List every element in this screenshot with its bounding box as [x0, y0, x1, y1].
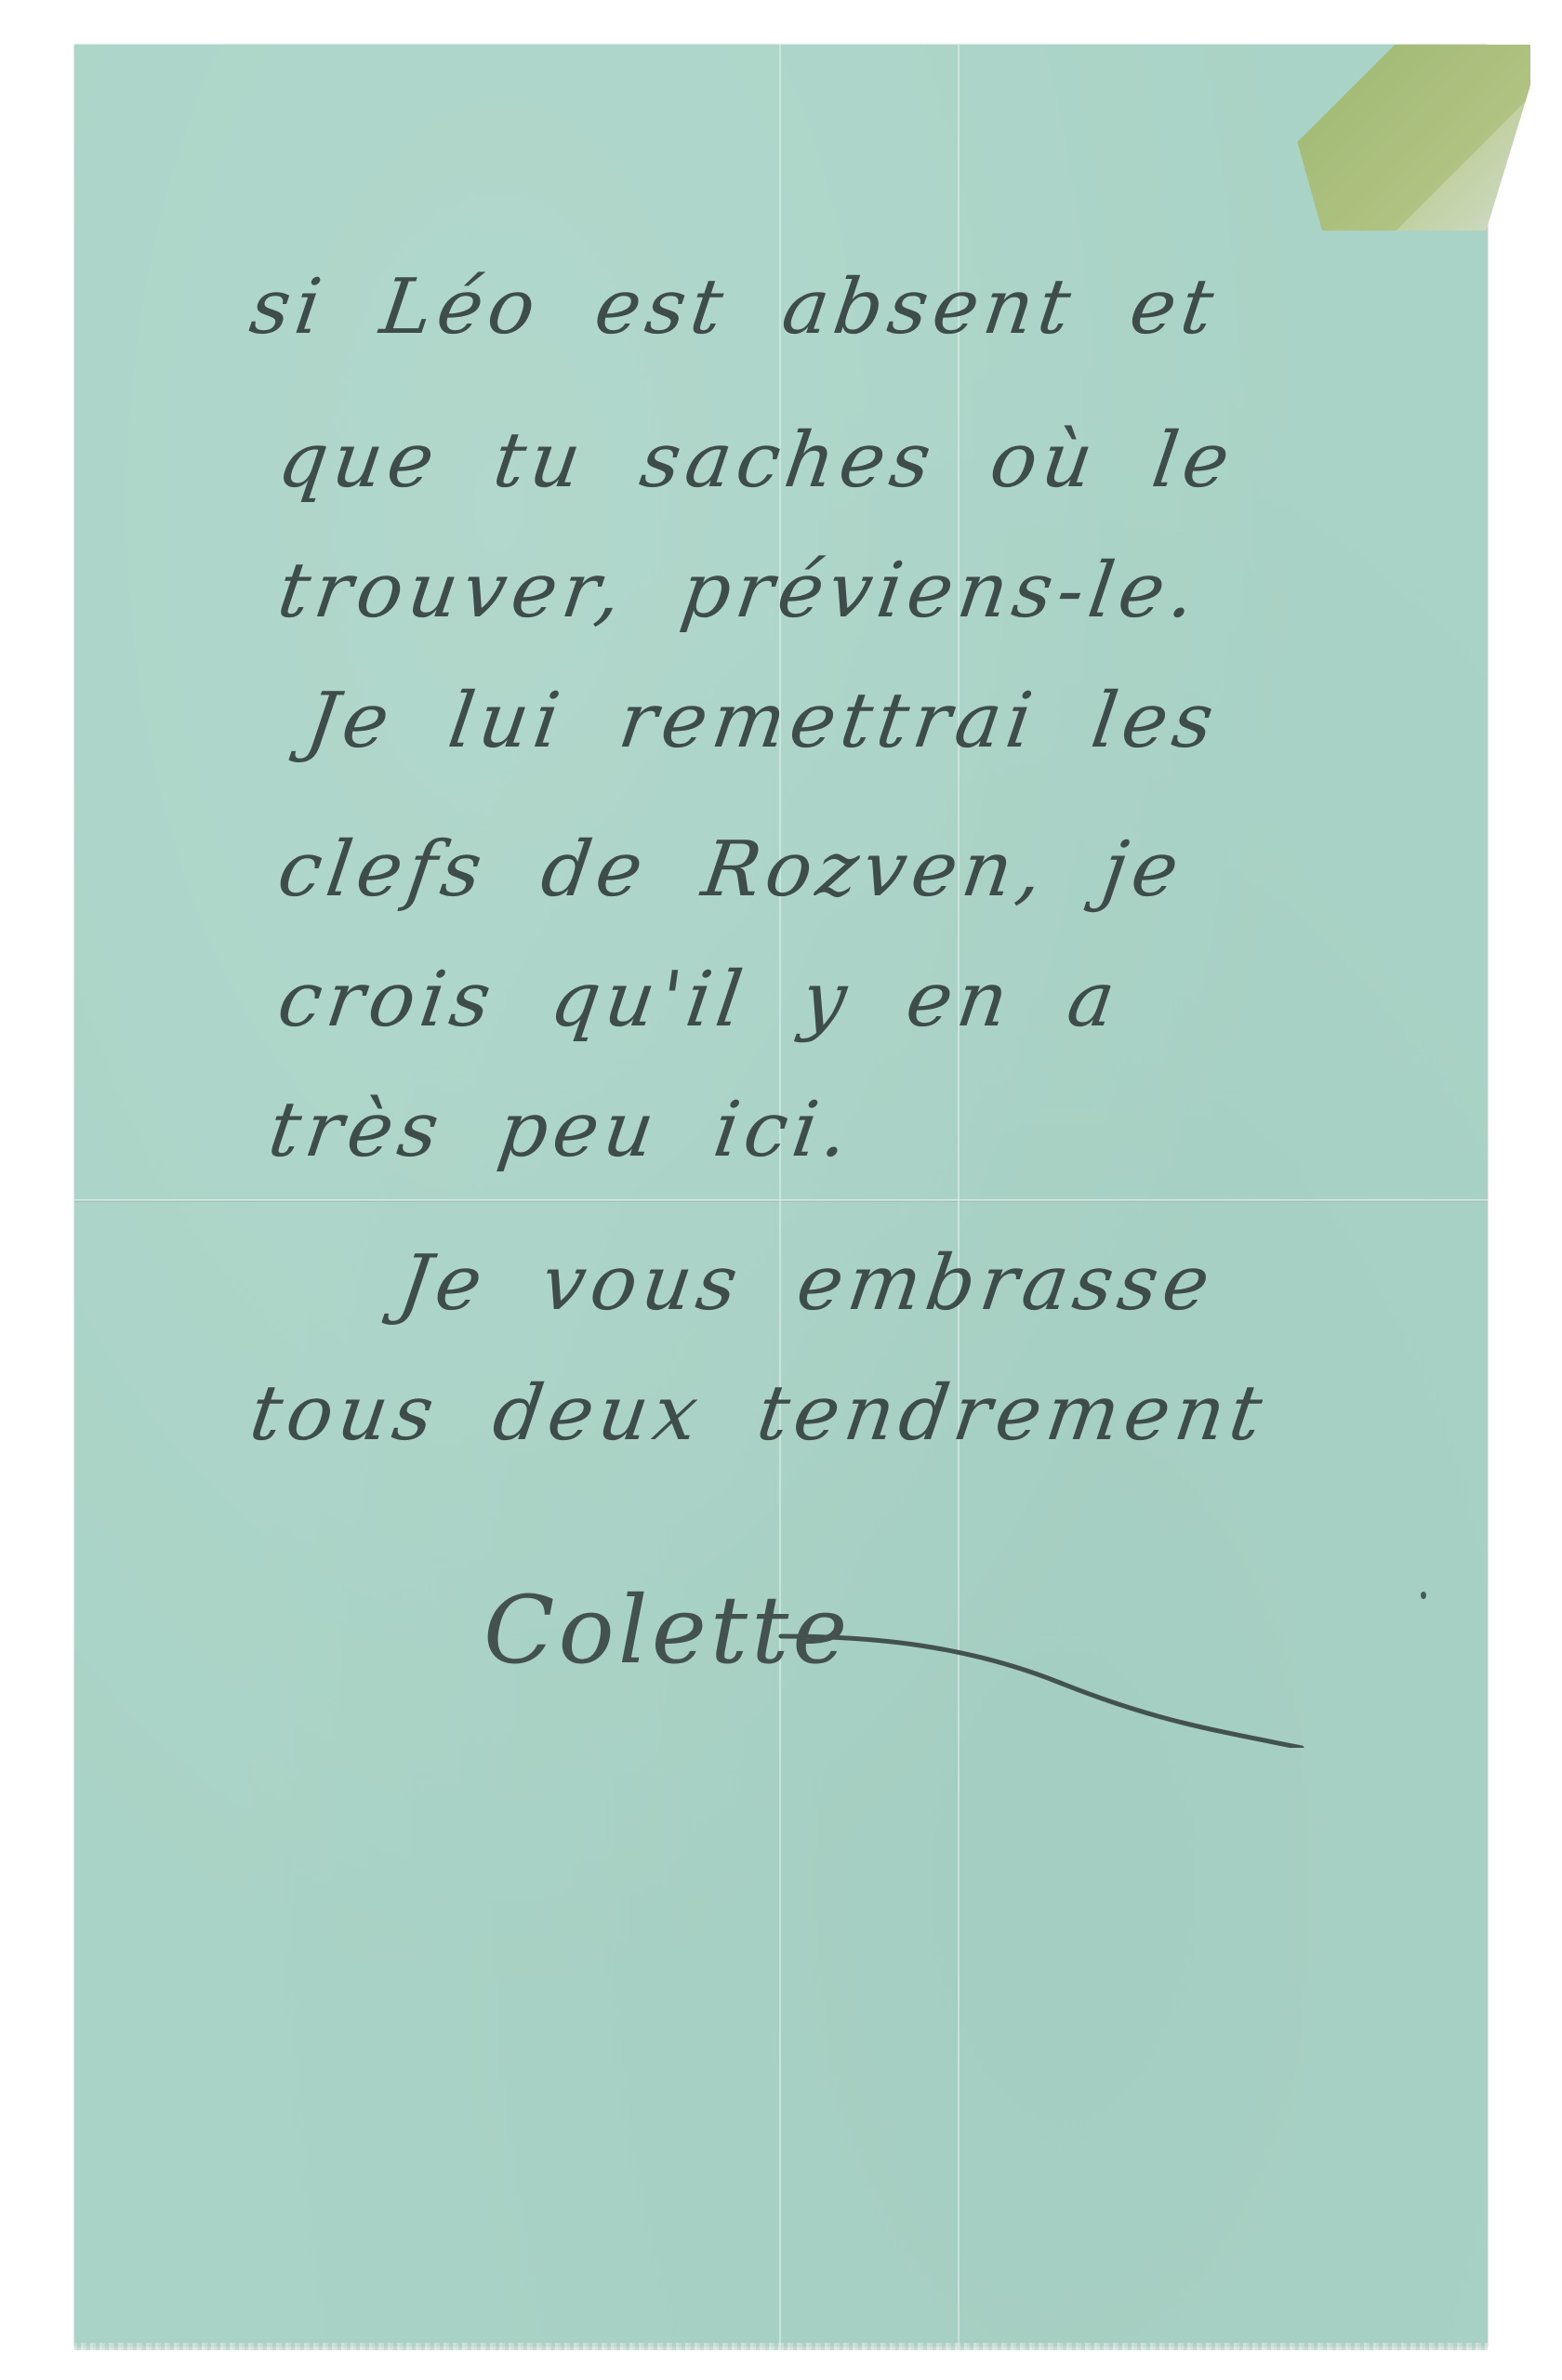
letter-line-2: que tu saches où le: [273, 423, 1239, 499]
letter-line-5: clefs de Rozven, je: [273, 832, 1188, 908]
signature-flourish: [483, 1562, 1357, 1748]
letter-line-9: tous deux tendrement: [245, 1376, 1272, 1452]
letter-line-8: Je vous embrasse: [394, 1246, 1219, 1322]
letter-line-4: Je lui remettrai les: [301, 683, 1223, 760]
letter-line-7: très peu ici.: [264, 1092, 858, 1169]
letter-line-6: crois qu'il y en a: [273, 962, 1124, 1038]
letter-line-3: trouver, préviens-le.: [273, 553, 1205, 629]
letter-body: si Léo est absent et que tu saches où le…: [0, 0, 1562, 2380]
letter-line-1: si Léo est absent et: [245, 270, 1223, 346]
ink-speck: [1421, 1592, 1426, 1599]
